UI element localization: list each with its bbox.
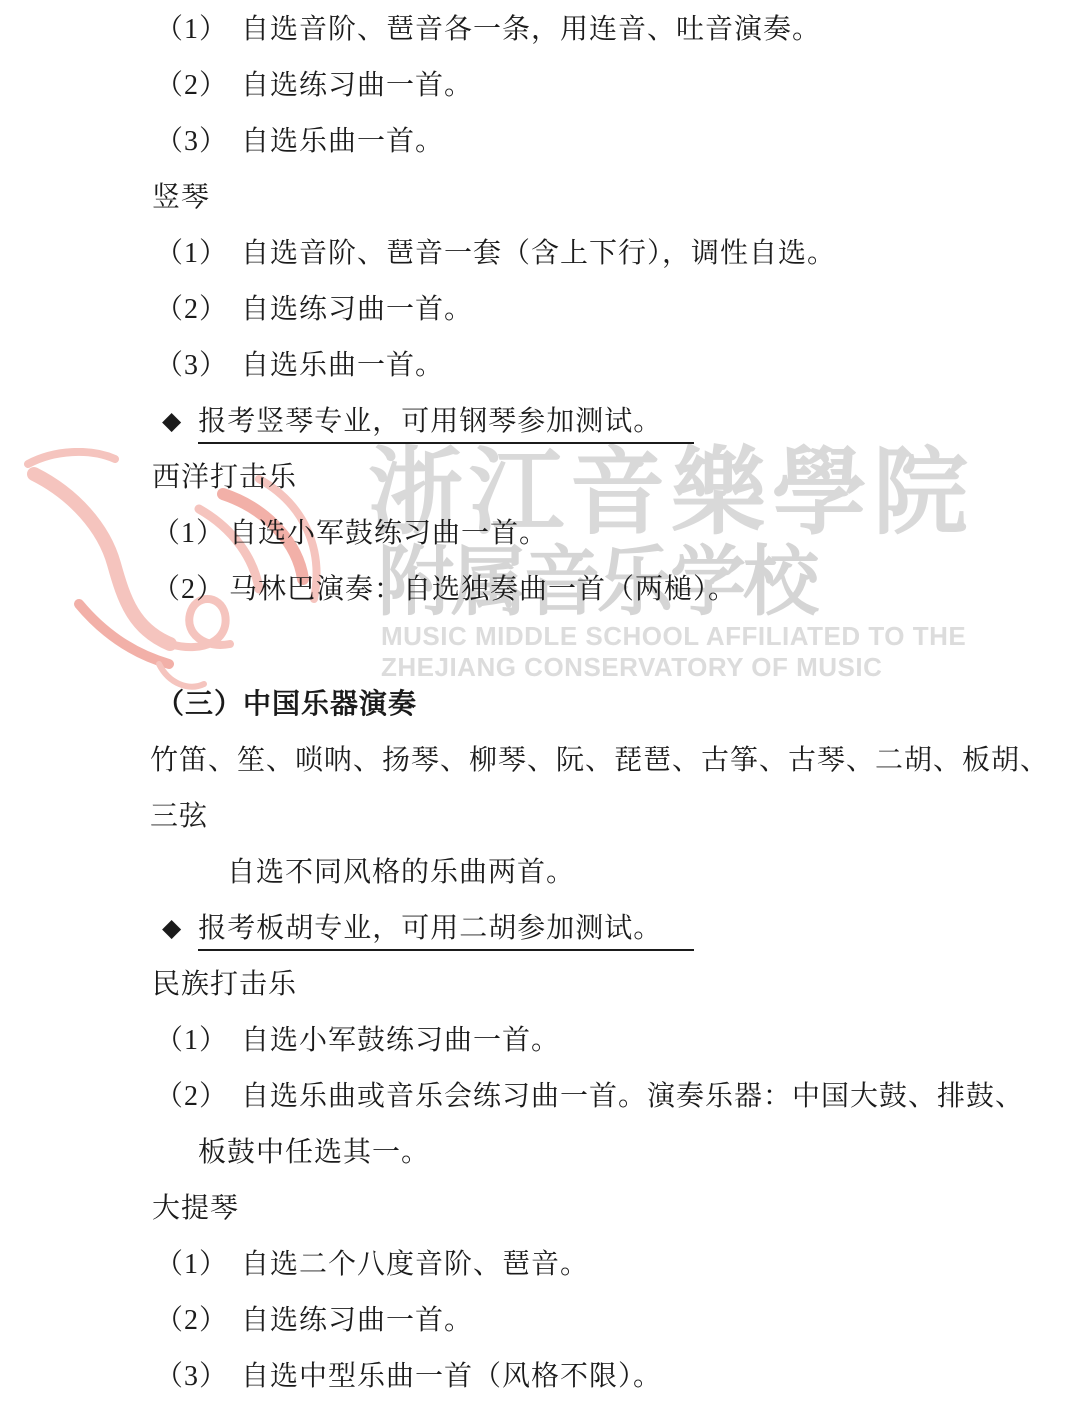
line-text: 自选练习曲一首。 — [241, 70, 473, 101]
doc-line-item-wide: （3）自选乐曲一首。 — [0, 125, 1080, 159]
diamond-bullet-icon: ◆ — [162, 915, 182, 942]
line-text: 自选乐曲一首。 — [241, 350, 444, 381]
doc-line-item-wide: （2）自选练习曲一首。 — [0, 1304, 1080, 1338]
doc-line-item-wide: （1）自选音阶、琶音各一条，用连音、吐音演奏。 — [0, 13, 1080, 47]
doc-line-item-wide: （1）自选小军鼓练习曲一首。 — [0, 1024, 1080, 1058]
line-text: 马林巴演奏：自选独奏曲一首（两槌）。 — [229, 574, 737, 605]
doc-line-body: 竹笛、笙、唢呐、扬琴、柳琴、阮、琵琶、古筝、古琴、二胡、板胡、 — [0, 744, 1080, 778]
doc-line-continuation: 板鼓中任选其一。 — [0, 1136, 1080, 1170]
line-text: 自选小军鼓练习曲一首。 — [241, 1025, 560, 1056]
doc-line-bullet: ◆报考竖琴专业，可用钢琴参加测试。 — [0, 405, 1080, 439]
diamond-bullet-icon: ◆ — [162, 408, 182, 435]
item-number: （2） — [155, 1080, 241, 1114]
line-text: 自选小军鼓练习曲一首。 — [229, 518, 548, 549]
line-text: 西洋打击乐 — [152, 462, 297, 493]
item-number: （1） — [155, 237, 241, 271]
item-number: （2） — [155, 69, 241, 103]
line-text: 三弦 — [150, 801, 208, 832]
item-number: （2） — [152, 574, 225, 605]
line-text: 民族打击乐 — [152, 969, 297, 1000]
line-text: 自选练习曲一首。 — [241, 1305, 473, 1336]
item-number: （1） — [155, 1024, 241, 1058]
doc-line-bullet: ◆报考板胡专业，可用二胡参加测试。 — [0, 912, 1080, 946]
doc-line-header: 大提琴 — [0, 1192, 1080, 1226]
doc-line-indent-deep: 自选不同风格的乐曲两首。 — [0, 856, 1080, 890]
line-text: 竹笛、笙、唢呐、扬琴、柳琴、阮、琵琶、古筝、古琴、二胡、板胡、 — [150, 745, 1049, 776]
line-text: 自选中型乐曲一首（风格不限）。 — [241, 1361, 662, 1392]
doc-line-header: 民族打击乐 — [0, 968, 1080, 1002]
doc-line-item-narrow: （1）自选小军鼓练习曲一首。 — [0, 517, 1080, 551]
doc-line-item-wide: （2）自选练习曲一首。 — [0, 69, 1080, 103]
document-body: （1）自选音阶、琶音各一条，用连音、吐音演奏。（2）自选练习曲一首。（3）自选乐… — [0, 13, 1080, 1416]
doc-line-body: 三弦 — [0, 800, 1080, 834]
doc-line-section-header: （三）中国乐器演奏 — [0, 688, 1080, 722]
doc-line-item-wide: （1）自选音阶、琶音一套（含上下行），调性自选。 — [0, 237, 1080, 271]
item-number: （2） — [155, 1304, 241, 1338]
line-text: 竖琴 — [152, 182, 210, 213]
doc-line-item-wide: （2）自选练习曲一首。 — [0, 293, 1080, 327]
line-text: 报考竖琴专业，可用钢琴参加测试。 — [198, 406, 694, 444]
item-number: （1） — [152, 518, 225, 549]
item-number: （1） — [155, 1248, 241, 1282]
item-number: （3） — [155, 1360, 241, 1394]
line-text: 自选乐曲一首。 — [241, 126, 444, 157]
line-text: 自选音阶、琶音各一条，用连音、吐音演奏。 — [241, 14, 821, 45]
line-text: 自选音阶、琶音一套（含上下行），调性自选。 — [241, 238, 836, 269]
item-number: （3） — [155, 349, 241, 383]
line-text: 自选乐曲或音乐会练习曲一首。演奏乐器：中国大鼓、排鼓、 — [241, 1081, 1024, 1112]
doc-line-item-wide: （3）自选乐曲一首。 — [0, 349, 1080, 383]
item-number: （2） — [155, 293, 241, 327]
doc-line-item-wide: （1）自选二个八度音阶、琶音。 — [0, 1248, 1080, 1282]
line-text: 板鼓中任选其一。 — [198, 1137, 430, 1168]
line-text: 自选二个八度音阶、琶音。 — [241, 1249, 589, 1280]
line-text: 报考板胡专业，可用二胡参加测试。 — [198, 913, 694, 951]
doc-line-item-wide: （2）自选乐曲或音乐会练习曲一首。演奏乐器：中国大鼓、排鼓、 — [0, 1080, 1080, 1114]
document-page: 浙江音樂學院 附属音乐学校 MUSIC MIDDLE SCHOOL AFFILI… — [0, 0, 1080, 1425]
item-number: （3） — [155, 125, 241, 159]
doc-line-item-narrow: （2）马林巴演奏：自选独奏曲一首（两槌）。 — [0, 573, 1080, 607]
doc-line-header: 竖琴 — [0, 181, 1080, 215]
doc-line-item-wide: （3）自选中型乐曲一首（风格不限）。 — [0, 1360, 1080, 1394]
doc-line-header: 西洋打击乐 — [0, 461, 1080, 495]
line-text: （三）中国乐器演奏 — [156, 689, 417, 720]
line-text: 大提琴 — [152, 1193, 239, 1224]
line-text: 自选不同风格的乐曲两首。 — [227, 857, 575, 888]
item-number: （1） — [155, 13, 241, 47]
line-text: 自选练习曲一首。 — [241, 294, 473, 325]
